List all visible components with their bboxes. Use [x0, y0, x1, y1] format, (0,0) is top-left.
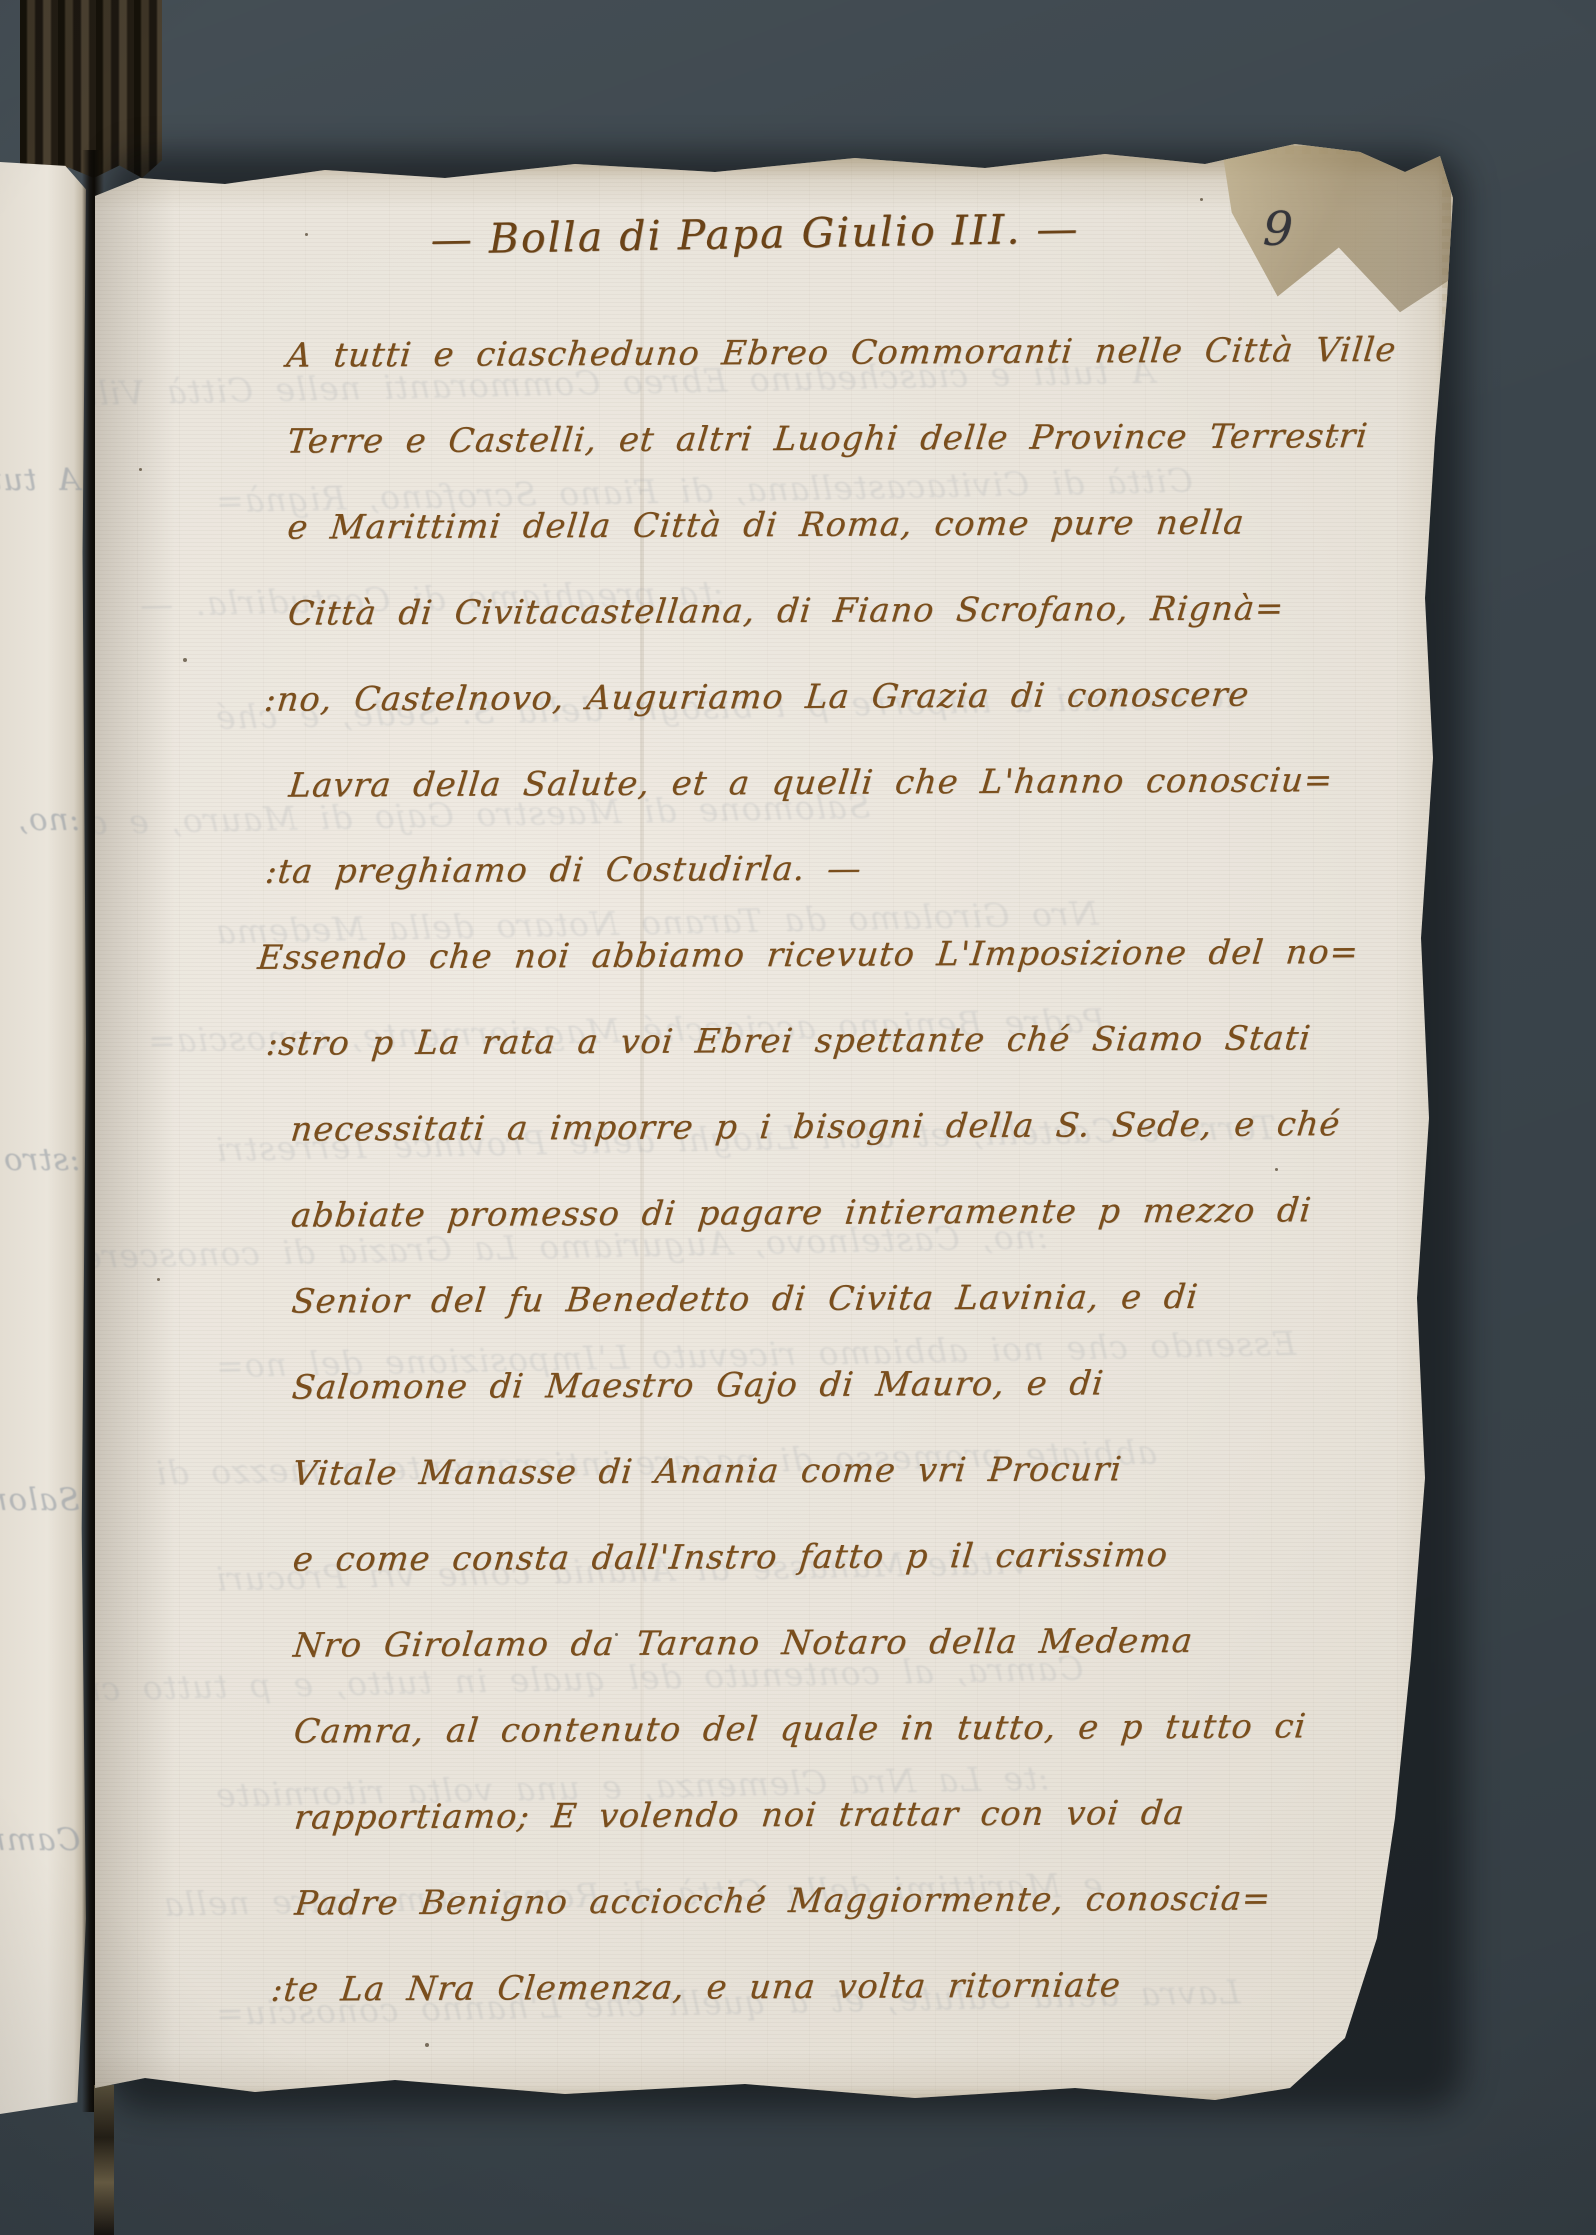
manuscript-line: Senior del fu Benedetto di Civita Lavini…	[287, 1253, 1308, 1344]
facing-page-edge: A tutti e ciascheduno Ebreo Commoranti n…	[0, 162, 86, 2114]
manuscript-line: Essendo che noi abbiamo ricevuto L'Impos…	[254, 909, 1307, 1001]
manuscript-line: abbiate promesso di pagare intieramente …	[287, 1167, 1308, 1258]
facing-ghost-line: A tutti e ciascheduno Ebreo Commoranti n…	[0, 462, 80, 498]
folio-number: 9	[1262, 201, 1294, 257]
manuscript-line: e come consta dall'Instro fatto p il car…	[289, 1511, 1310, 1602]
manuscript-text: A tutti e ciascheduno Ebreo Commoranti n…	[287, 307, 1308, 2032]
speck	[157, 1278, 160, 1281]
manuscript-line: Camra, al contenuto del quale in tutto, …	[290, 1683, 1311, 1774]
facing-ghost-line: Salomone di Maestro Gajo di Mauro, e di	[0, 1482, 80, 1518]
document-title: — Bolla di Papa Giulio III. —	[385, 204, 1126, 265]
manuscript-line: A tutti e ciascheduno Ebreo Commoranti n…	[282, 307, 1303, 398]
manuscript-line: Terre e Castelli, et altri Luoghi delle …	[283, 393, 1304, 484]
speck	[139, 468, 142, 471]
manuscript-line: Vitale Manasse di Anania come vri Procur…	[288, 1425, 1309, 1516]
manuscript-line: :te La Nra Clemenza, e una volta ritorni…	[267, 1941, 1312, 2032]
manuscript-line: Padre Benigno acciocché Maggiormente, co…	[291, 1855, 1312, 1946]
facing-ghost-line: Camra, al contenuto del quale in tutto, …	[0, 1822, 80, 1858]
speck	[305, 233, 308, 236]
facing-ghost-line: :no, Castelnovo, Auguriamo La Grazia di …	[0, 802, 80, 838]
manuscript-line: necessitati a imporre p i bisogni della …	[286, 1081, 1307, 1172]
speck	[183, 658, 187, 662]
photograph-background: A tutti e ciascheduno Ebreo Commoranti n…	[0, 0, 1596, 2235]
manuscript-line: :ta preghiamo di Costudirla. —	[261, 823, 1306, 914]
manuscript-line: :stro p La rata a voi Ebrei spettante ch…	[262, 995, 1307, 1086]
manuscript-line: Salomone di Maestro Gajo di Mauro, e di	[288, 1339, 1309, 1430]
manuscript-line: Lavra della Salute, et a quelli che L'ha…	[285, 737, 1306, 828]
manuscript-line: rapportiamo; E volendo noi trattar con v…	[290, 1769, 1311, 1860]
manuscript-line: Città di Civitacastellana, di Fiano Scro…	[284, 565, 1305, 656]
torn-top-right-corner	[1196, 146, 1451, 321]
facing-ghost-line: :stro p La rata a voi Ebrei spettante ch…	[0, 1142, 80, 1178]
speck	[425, 2043, 429, 2047]
binding-bottom-edge	[94, 2085, 114, 2235]
manuscript-line: :no, Castelnovo, Auguriamo La Grazia di …	[260, 651, 1305, 742]
manuscript-line: Nro Girolamo da Tarano Notaro della Mede…	[289, 1597, 1310, 1688]
manuscript-page: A tutti e ciascheduno Ebreo Commoranti n…	[95, 138, 1455, 2103]
speck	[1200, 198, 1203, 201]
manuscript-line: e Marittimi della Città di Roma, come pu…	[283, 479, 1304, 570]
